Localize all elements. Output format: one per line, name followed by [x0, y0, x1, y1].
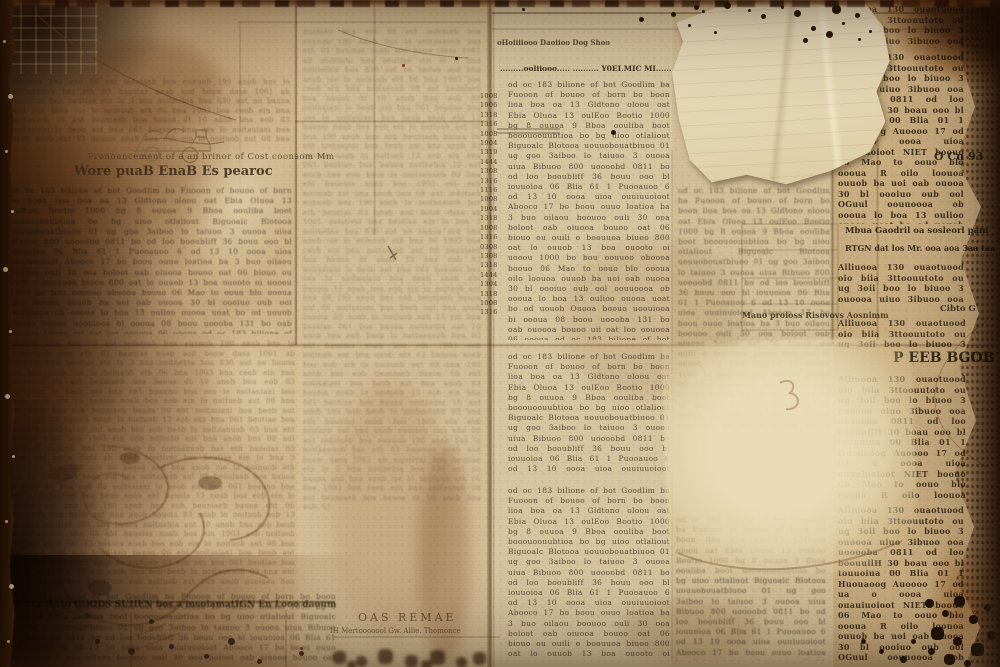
- fold-crease-h3: [295, 120, 485, 123]
- fold-crease-v2-center: [487, 0, 495, 667]
- newsprint-column-left-mid: od oc 183 bilione of bot Goodlim ba Fuoo…: [10, 186, 292, 334]
- stain-top-left: [80, 40, 220, 130]
- fold-crease-v1: [294, 0, 298, 345]
- newsprint-column-5-mid: Alliuooa 130 ouaotuood oio biia 3ttoouut…: [838, 262, 964, 304]
- top-edge-grunge: [0, 0, 1000, 7]
- center-table-header: oHoiiiiooo Daoiioo Dog Shoo: [497, 38, 672, 47]
- red-ink-specks: [0, 0, 3, 3]
- voelmic-headline-row: .........ooliiooo..... .......... Y0EI.M…: [500, 64, 700, 73]
- pale-patch-marks: [660, 335, 920, 580]
- fold-crease-v5: [373, 0, 376, 235]
- stain-bottom-center: [620, 600, 760, 660]
- orange-stain-bottom-right: [925, 535, 1000, 667]
- burnt-left-lower-zone: [0, 400, 110, 667]
- aged-newspaper-collage: nuoiaou bna eno 08 aut iedotseb boa eunu…: [0, 0, 1000, 667]
